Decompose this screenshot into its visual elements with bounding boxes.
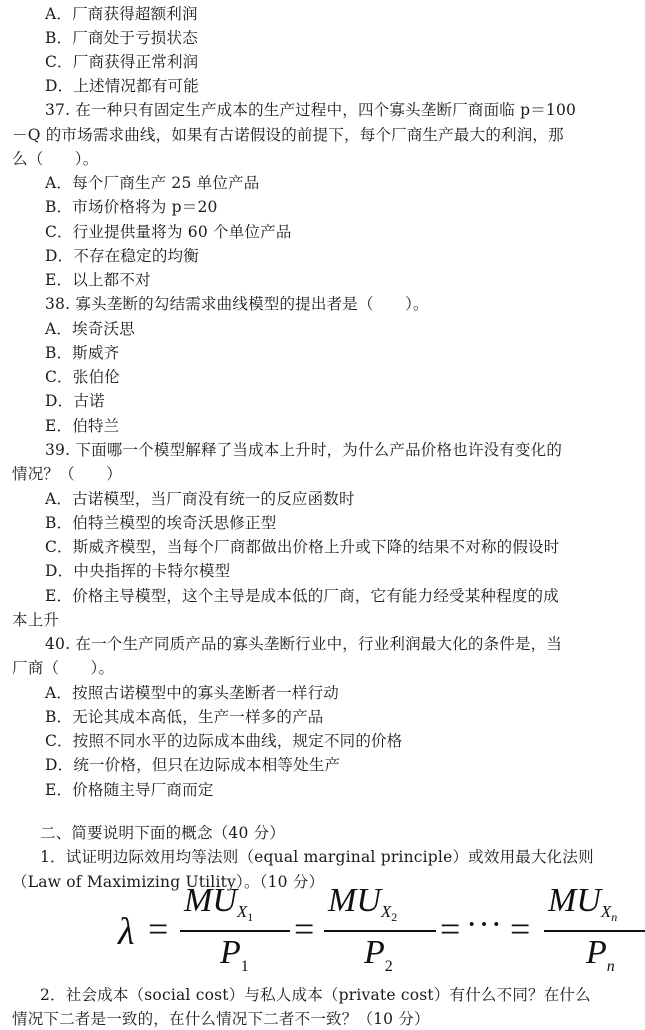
- formula-ellipsis: ···: [466, 906, 503, 944]
- q39-option-e-wrap: 本上升: [12, 610, 59, 630]
- fraction-1-den-subscript: 1: [241, 958, 249, 975]
- q40-option-b: B．无论其成本高低，生产一样多的产品: [45, 707, 324, 727]
- fraction-n-subscript: X: [601, 902, 611, 921]
- equal-marginal-formula: λ = MUX1 P1 = MUX2 P2 = ··· = MUXn Pn: [118, 880, 558, 980]
- fraction-2-den-subscript: 2: [385, 958, 393, 975]
- q40-option-e: E．价格随主导厂商而定: [45, 780, 214, 800]
- q39-stem-line1: 39. 下面哪一个模型解释了当成本上升时，为什么产品价格也许没有变化的: [45, 440, 562, 460]
- fraction-1-numerator: MU: [184, 882, 237, 919]
- formula-equals: =: [148, 908, 168, 950]
- q39-option-a: A．古诺模型，当厂商没有统一的反应函数时: [45, 489, 355, 509]
- q37-option-c: C．行业提供量将为 60 个单位产品: [45, 222, 292, 242]
- q38-option-b: B．斯威齐: [45, 343, 119, 363]
- section2-item2-line2: 情况下二者是一致的，在什么情况下二者不一致？（10 分）: [12, 1009, 430, 1029]
- q37-option-b: B．市场价格将为 p＝20: [45, 197, 218, 217]
- formula-equals-3: =: [440, 908, 460, 950]
- q37-stem-line1: 37. 在一种只有固定生产成本的生产过程中，四个寡头垄断厂商面临 p＝100: [45, 100, 576, 120]
- q39-option-c: C．斯威齐模型，当每个厂商都做出价格上升或下降的结果不对称的假设时: [45, 537, 559, 557]
- fraction-2-denominator: P: [364, 934, 385, 971]
- q39-stem-line2: 情况？（ ）: [12, 464, 122, 484]
- fraction-n-bar: [544, 930, 645, 932]
- q40-stem-line1: 40. 在一个生产同质产品的寡头垄断行业中，行业利润最大化的条件是，当: [45, 634, 562, 654]
- q36-option-b: B．厂商处于亏损状态: [45, 28, 198, 48]
- q37-option-a: A．每个厂商生产 25 单位产品: [45, 173, 259, 193]
- fraction-2-subscript: X: [381, 902, 391, 921]
- q36-option-c: C．厂商获得正常利润: [45, 52, 198, 72]
- q39-option-e: E．价格主导模型，这个主导是成本低的厂商，它有能力经受某种程度的成: [45, 586, 559, 606]
- q38-option-e: E．伯特兰: [45, 416, 119, 436]
- q40-stem-line2: 厂商（ ）。: [12, 658, 114, 678]
- fraction-1-subsubscript: 1: [247, 910, 253, 924]
- q38-option-a: A．埃奇沃思: [45, 319, 135, 339]
- formula-equals-4: =: [510, 908, 530, 950]
- q40-option-c: C．按照不同水平的边际成本曲线，规定不同的价格: [45, 731, 402, 751]
- formula-lambda: λ: [118, 910, 134, 954]
- q36-option-a: A．厂商获得超额利润: [45, 4, 198, 24]
- fraction-1-bar: [180, 930, 290, 932]
- q39-option-b: B．伯特兰模型的埃奇沃思修正型: [45, 513, 276, 533]
- q37-stem-line3: 么（ ）。: [12, 149, 98, 169]
- section2-heading: 二、简要说明下面的概念（40 分）: [40, 823, 285, 843]
- q37-stem-line2: －Q 的市场需求曲线，如果有古诺假设的前提下，每个厂商生产最大的利润，那: [12, 125, 564, 145]
- fraction-n-den-subscript: n: [607, 958, 615, 975]
- fraction-n-denominator: P: [586, 934, 607, 971]
- fraction-1-denominator: P: [220, 934, 241, 971]
- q38-stem: 38. 寡头垄断的勾结需求曲线模型的提出者是（ ）。: [45, 294, 429, 314]
- fraction-2-subsubscript: 2: [391, 910, 397, 924]
- formula-equals-2: =: [294, 908, 314, 950]
- fraction-n-numerator: MU: [548, 882, 601, 919]
- q39-option-d: D．中央指挥的卡特尔模型: [45, 561, 230, 581]
- q37-option-d: D．不存在稳定的均衡: [45, 246, 199, 266]
- q38-option-d: D．古诺: [45, 391, 105, 411]
- q37-option-e: E．以上都不对: [45, 270, 151, 290]
- fraction-1-subscript: X: [237, 902, 247, 921]
- q36-option-d: D．上述情况都有可能: [45, 76, 199, 96]
- section2-item1-line1: 1．试证明边际效用均等法则（equal marginal principle）或…: [40, 847, 594, 867]
- section2-item2-line1: 2．社会成本（social cost）与私人成本（private cost）有什…: [40, 985, 591, 1005]
- q40-option-d: D．统一价格，但只在边际成本相等处生产: [45, 755, 340, 775]
- q38-option-c: C．张伯伦: [45, 367, 120, 387]
- fraction-2-numerator: MU: [328, 882, 381, 919]
- q40-option-a: A．按照古诺模型中的寡头垄断者一样行动: [45, 683, 339, 703]
- fraction-n-subsubscript: n: [611, 910, 617, 924]
- fraction-2-bar: [324, 930, 436, 932]
